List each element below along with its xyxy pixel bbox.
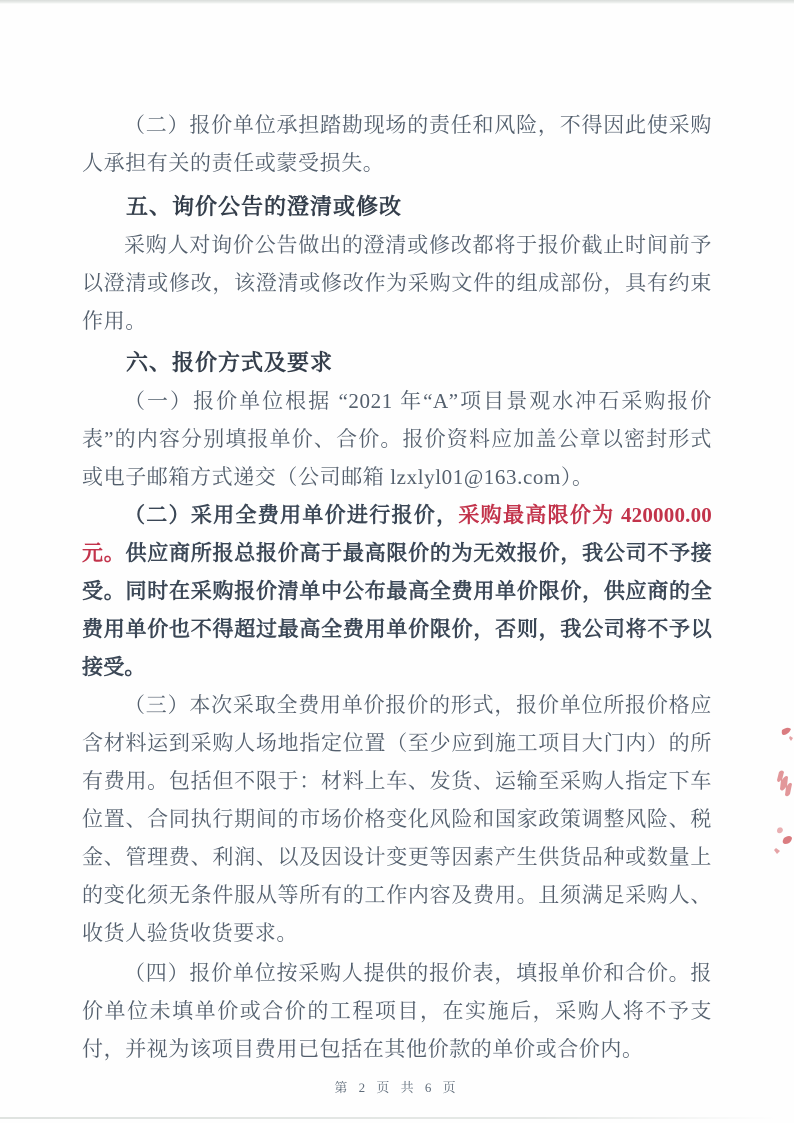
item-2-rest-text: 供应商所报总报价高于最高限价的为无效报价，我公司不予接受。同时在采购报价清单中公… xyxy=(82,541,712,679)
paragraph-quote-item-3: （三）本次采取全费用单价报价的形式，报价单位所报价格应含材料运到采购人场地指定位… xyxy=(82,686,712,952)
paragraph-quote-item-1: （一）报价单位根据 “2021 年“A”项目景观水冲石采购报价表”的内容分别填报… xyxy=(82,382,712,496)
paragraph-quote-item-2: （二）采用全费用单价进行报价，采购最高限价为 420000.00 元。供应商所报… xyxy=(82,496,712,686)
item-2-prefix-text: （二）采用全费用单价进行报价， xyxy=(124,503,458,527)
document-page: （二）报价单位承担踏勘现场的责任和风险，不得因此使采购人承担有关的责任或蒙受损失… xyxy=(0,0,794,1123)
page-number: 第 2 页 共 6 页 xyxy=(82,1077,712,1096)
scan-edge-bottom xyxy=(0,1117,778,1119)
section-heading-6: 六、报价方式及要求 xyxy=(82,344,712,382)
section-heading-5: 五、询价公告的澄清或修改 xyxy=(82,188,712,226)
paragraph-quote-item-4: （四）报价单位按采购人提供的报价表，填报单价和合价。报价单位未填单价或合价的工程… xyxy=(82,954,712,1068)
page-content: （二）报价单位承担踏勘现场的责任和风险，不得因此使采购人承担有关的责任或蒙受损失… xyxy=(0,0,794,1096)
paragraph-clarification: 采购人对询价公告做出的澄清或修改都将于报价截止时间前予以澄清或修改，该澄清或修改… xyxy=(82,226,712,340)
paragraph-site-survey: （二）报价单位承担踏勘现场的责任和风险，不得因此使采购人承担有关的责任或蒙受损失… xyxy=(82,106,712,182)
